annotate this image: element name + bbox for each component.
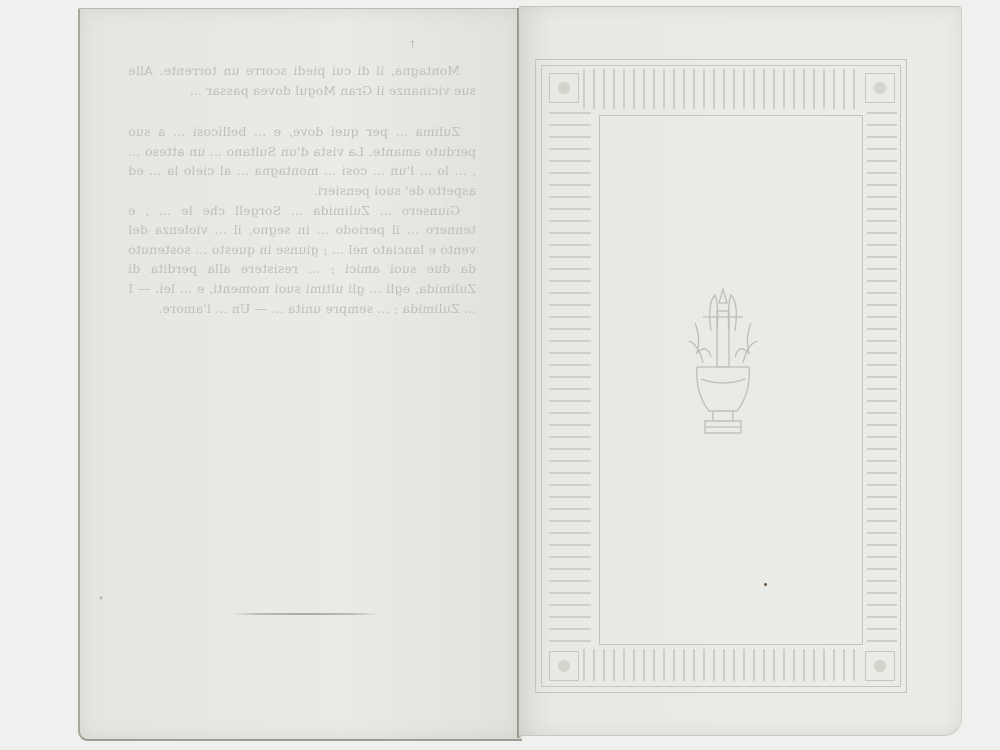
ornamental-rule bbox=[230, 613, 380, 615]
paragraph: Giunsero ... Zulimida ... Sorgell che le… bbox=[128, 201, 476, 319]
corner-rosette bbox=[865, 73, 895, 103]
lyre-vase-vignette-icon bbox=[681, 283, 765, 453]
bottom-flute-band bbox=[579, 649, 861, 681]
paragraph: Zulima ... per quei dove, e ... bellicos… bbox=[128, 122, 476, 200]
page-marker: † bbox=[410, 39, 415, 50]
corner-rosette bbox=[549, 651, 579, 681]
paragraph: Montagna, il di cui piedi scorre un torr… bbox=[128, 61, 476, 100]
corner-rosette bbox=[549, 73, 579, 103]
right-page bbox=[519, 6, 962, 736]
bleed-through-text: Montagna, il di cui piedi scorre un torr… bbox=[128, 61, 476, 318]
left-flute-band bbox=[549, 107, 591, 647]
corner-rosette bbox=[865, 651, 895, 681]
ink-speck bbox=[764, 583, 767, 586]
top-flute-band bbox=[579, 69, 861, 109]
speck: • bbox=[98, 594, 104, 605]
right-flute-band bbox=[867, 107, 897, 647]
left-page: † Montagna, il di cui piedi scorre un to… bbox=[78, 8, 522, 741]
